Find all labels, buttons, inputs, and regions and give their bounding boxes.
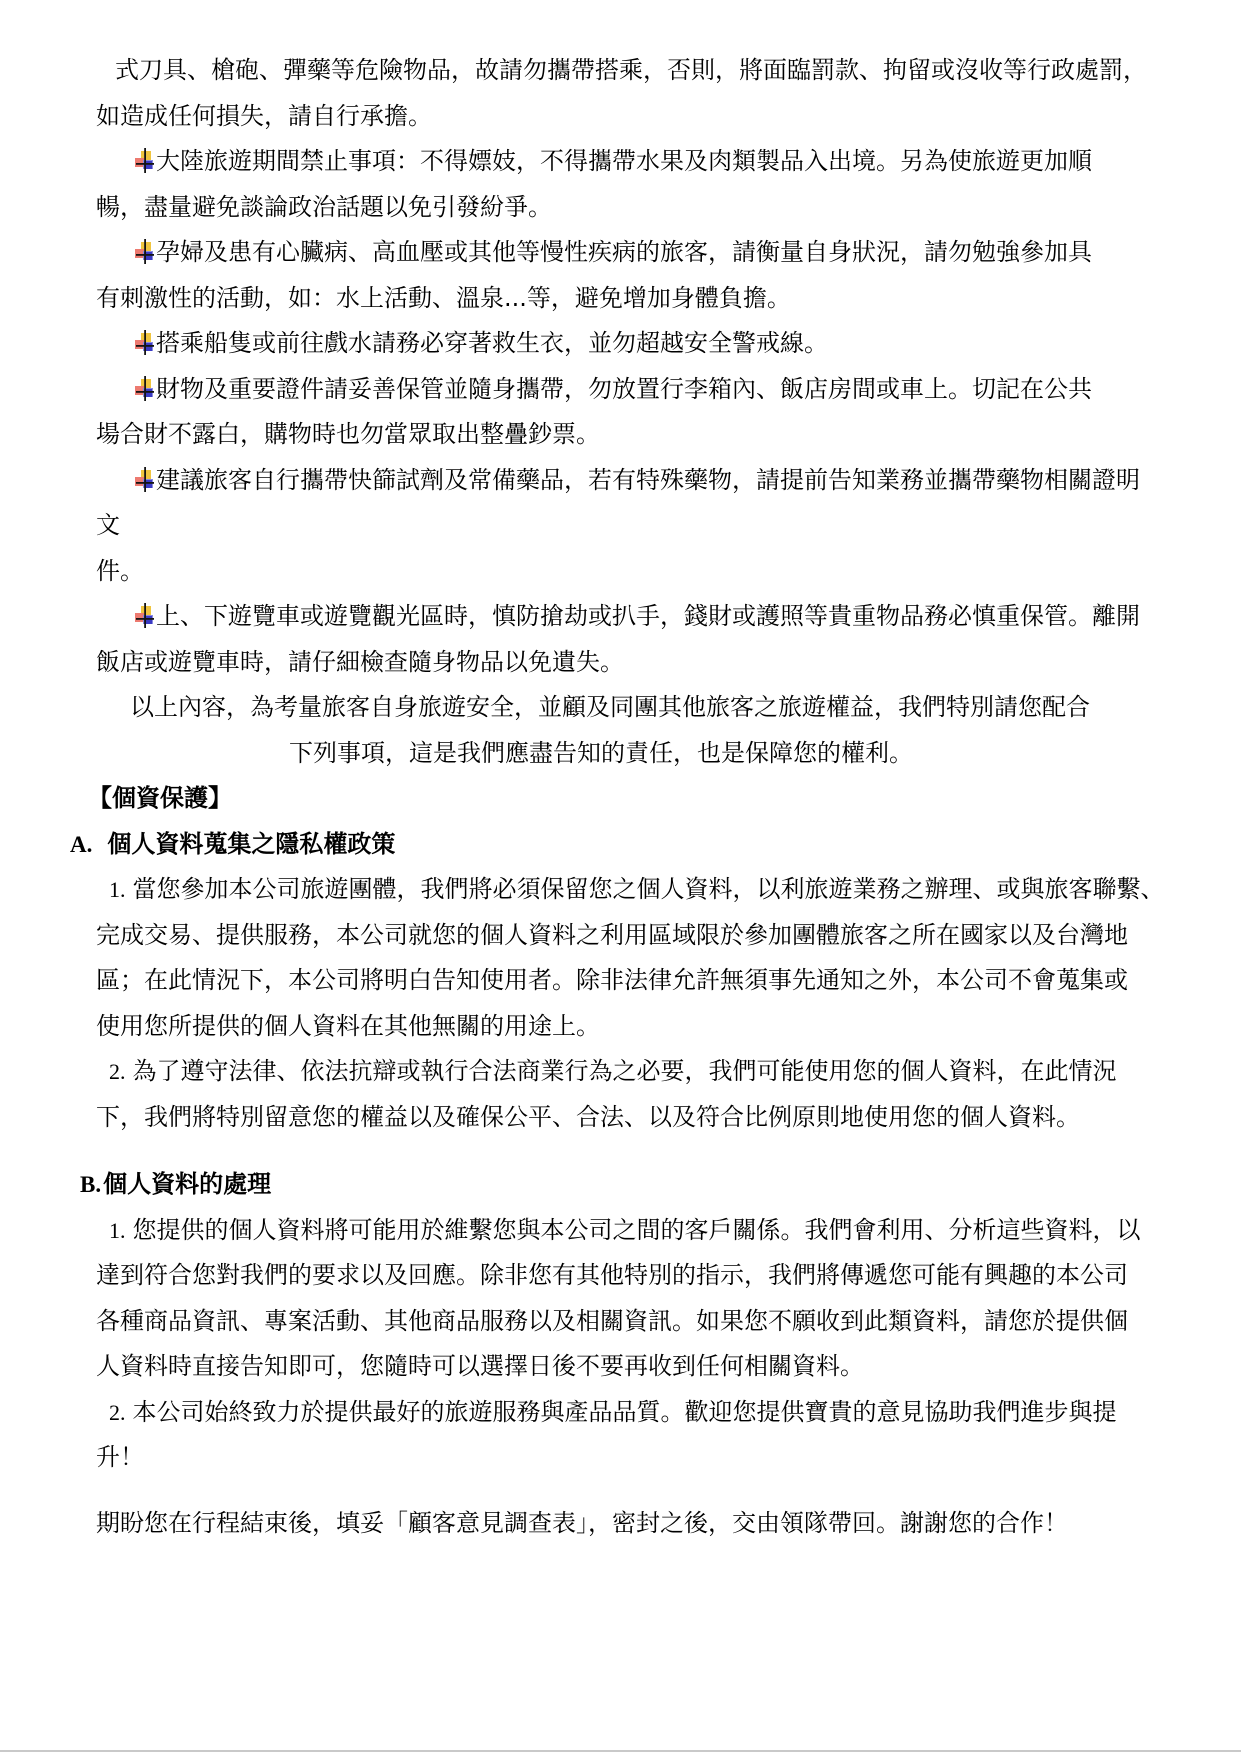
privacy-item-text: 當您參加本公司旅遊團體，我們將必須保留您之個人資料，以利旅遊業務之辦理、或與旅客… [96, 875, 1165, 1040]
page-bottom-divider [0, 1750, 1241, 1752]
item-number: 2. [109, 1400, 126, 1425]
colored-cross-bullet-icon [114, 463, 140, 489]
notice-continuation-paragraph: 式刀具、槍砲、彈藥等危險物品，故請勿攜帶搭乘，否則，將面臨罰款、拘留或沒收等行政… [96, 48, 1186, 139]
privacy-section-heading: 【個資保護】 [88, 776, 1186, 822]
notice-item-text: 孕婦及患有心臟病、高血壓或其他等慢性疾病的旅客，請衡量自身狀況，請勿勉強參加具 … [96, 238, 1092, 312]
privacy-a-item-2: 2.為了遵守法律、依法抗辯或執行合法商業行為之必要，我們可能使用您的個人資料，在… [96, 1049, 1186, 1140]
colored-cross-bullet-icon [114, 144, 140, 170]
notice-item-text: 財物及重要證件請妥善保管並隨身攜帶，勿放置行李箱內、飯店房間或車上。切記在公共 … [96, 375, 1092, 449]
item-number: 1. [109, 1218, 126, 1243]
notice-item-health-conditions: 孕婦及患有心臟病、高血壓或其他等慢性疾病的旅客，請衡量自身狀況，請勿勉強參加具 … [96, 230, 1186, 321]
privacy-item-text: 您提供的個人資料將可能用於維繫您與本公司之間的客戶關係。我們會利用、分析這些資料… [96, 1216, 1141, 1381]
item-number: 1. [109, 877, 126, 902]
privacy-section-b-heading: B.個人資料的處理 [80, 1162, 1186, 1208]
closing-statement-line2: 下列事項，這是我們應盡告知的責任，也是保障您的權利。 [96, 731, 1106, 777]
privacy-b-item-1: 1.您提供的個人資料將可能用於維繫您與本公司之間的客戶關係。我們會利用、分析這些… [96, 1208, 1186, 1390]
notice-item-text: 搭乘船隻或前往戲水請務必穿著救生衣，並勿超越安全警戒線。 [156, 329, 828, 357]
notice-item-life-jacket: 搭乘船隻或前往戲水請務必穿著救生衣，並勿超越安全警戒線。 [96, 321, 1186, 367]
colored-cross-bullet-icon [114, 326, 140, 352]
document-page: 式刀具、槍砲、彈藥等危險物品，故請勿攜帶搭乘，否則，將面臨罰款、拘留或沒收等行政… [0, 0, 1241, 1755]
colored-cross-bullet-icon [114, 599, 140, 625]
section-b-title: 個人資料的處理 [103, 1170, 271, 1198]
notice-item-text: 大陸旅遊期間禁止事項：不得嫖妓，不得攜帶水果及肉類製品入出境。另為使旅遊更加順 … [96, 147, 1092, 221]
survey-request-note: 期盼您在行程結束後，填妥「顧客意見調查表」，密封之後，交由領隊帶回。謝謝您的合作… [96, 1501, 1186, 1547]
section-a-title: 個人資料蒐集之隱私權政策 [107, 830, 395, 858]
section-a-marker: A. [70, 832, 92, 857]
closing-statement-line1: 以上內容，為考量旅客自身旅遊安全，並顧及同團其他旅客之旅遊權益，我們特別請您配合 [96, 685, 1186, 731]
privacy-b-item-2: 2.本公司始終致力於提供最好的旅遊服務與產品品質。歡迎您提供寶貴的意見協助我們進… [96, 1390, 1186, 1481]
privacy-a-item-1: 1.當您參加本公司旅遊團體，我們將必須保留您之個人資料，以利旅遊業務之辦理、或與… [96, 867, 1186, 1049]
notice-item-valuables: 財物及重要證件請妥善保管並隨身攜帶，勿放置行李箱內、飯店房間或車上。切記在公共 … [96, 367, 1186, 458]
item-number: 2. [109, 1059, 126, 1084]
privacy-item-text: 本公司始終致力於提供最好的旅遊服務與產品品質。歡迎您提供寶貴的意見協助我們進步與… [96, 1398, 1117, 1472]
notice-item-theft-prevention: 上、下遊覽車或遊覽觀光區時，慎防搶劫或扒手，錢財或護照等貴重物品務必慎重保管。離… [96, 594, 1186, 685]
notice-item-medication: 建議旅客自行攜帶快篩試劑及常備藥品，若有特殊藥物，請提前告知業務並攜帶藥物相關證… [96, 458, 1186, 595]
privacy-section-a-heading: A.個人資料蒐集之隱私權政策 [70, 822, 1186, 868]
notice-item-text: 上、下遊覽車或遊覽觀光區時，慎防搶劫或扒手，錢財或護照等貴重物品務必慎重保管。離… [96, 602, 1140, 676]
privacy-item-text: 為了遵守法律、依法抗辯或執行合法商業行為之必要，我們可能使用您的個人資料，在此情… [96, 1057, 1117, 1131]
notice-item-mainland-rules: 大陸旅遊期間禁止事項：不得嫖妓，不得攜帶水果及肉類製品入出境。另為使旅遊更加順 … [96, 139, 1186, 230]
section-b-marker: B. [80, 1172, 101, 1197]
colored-cross-bullet-icon [114, 235, 140, 261]
notice-item-text: 建議旅客自行攜帶快篩試劑及常備藥品，若有特殊藥物，請提前告知業務並攜帶藥物相關證… [96, 466, 1140, 585]
colored-cross-bullet-icon [114, 372, 140, 398]
